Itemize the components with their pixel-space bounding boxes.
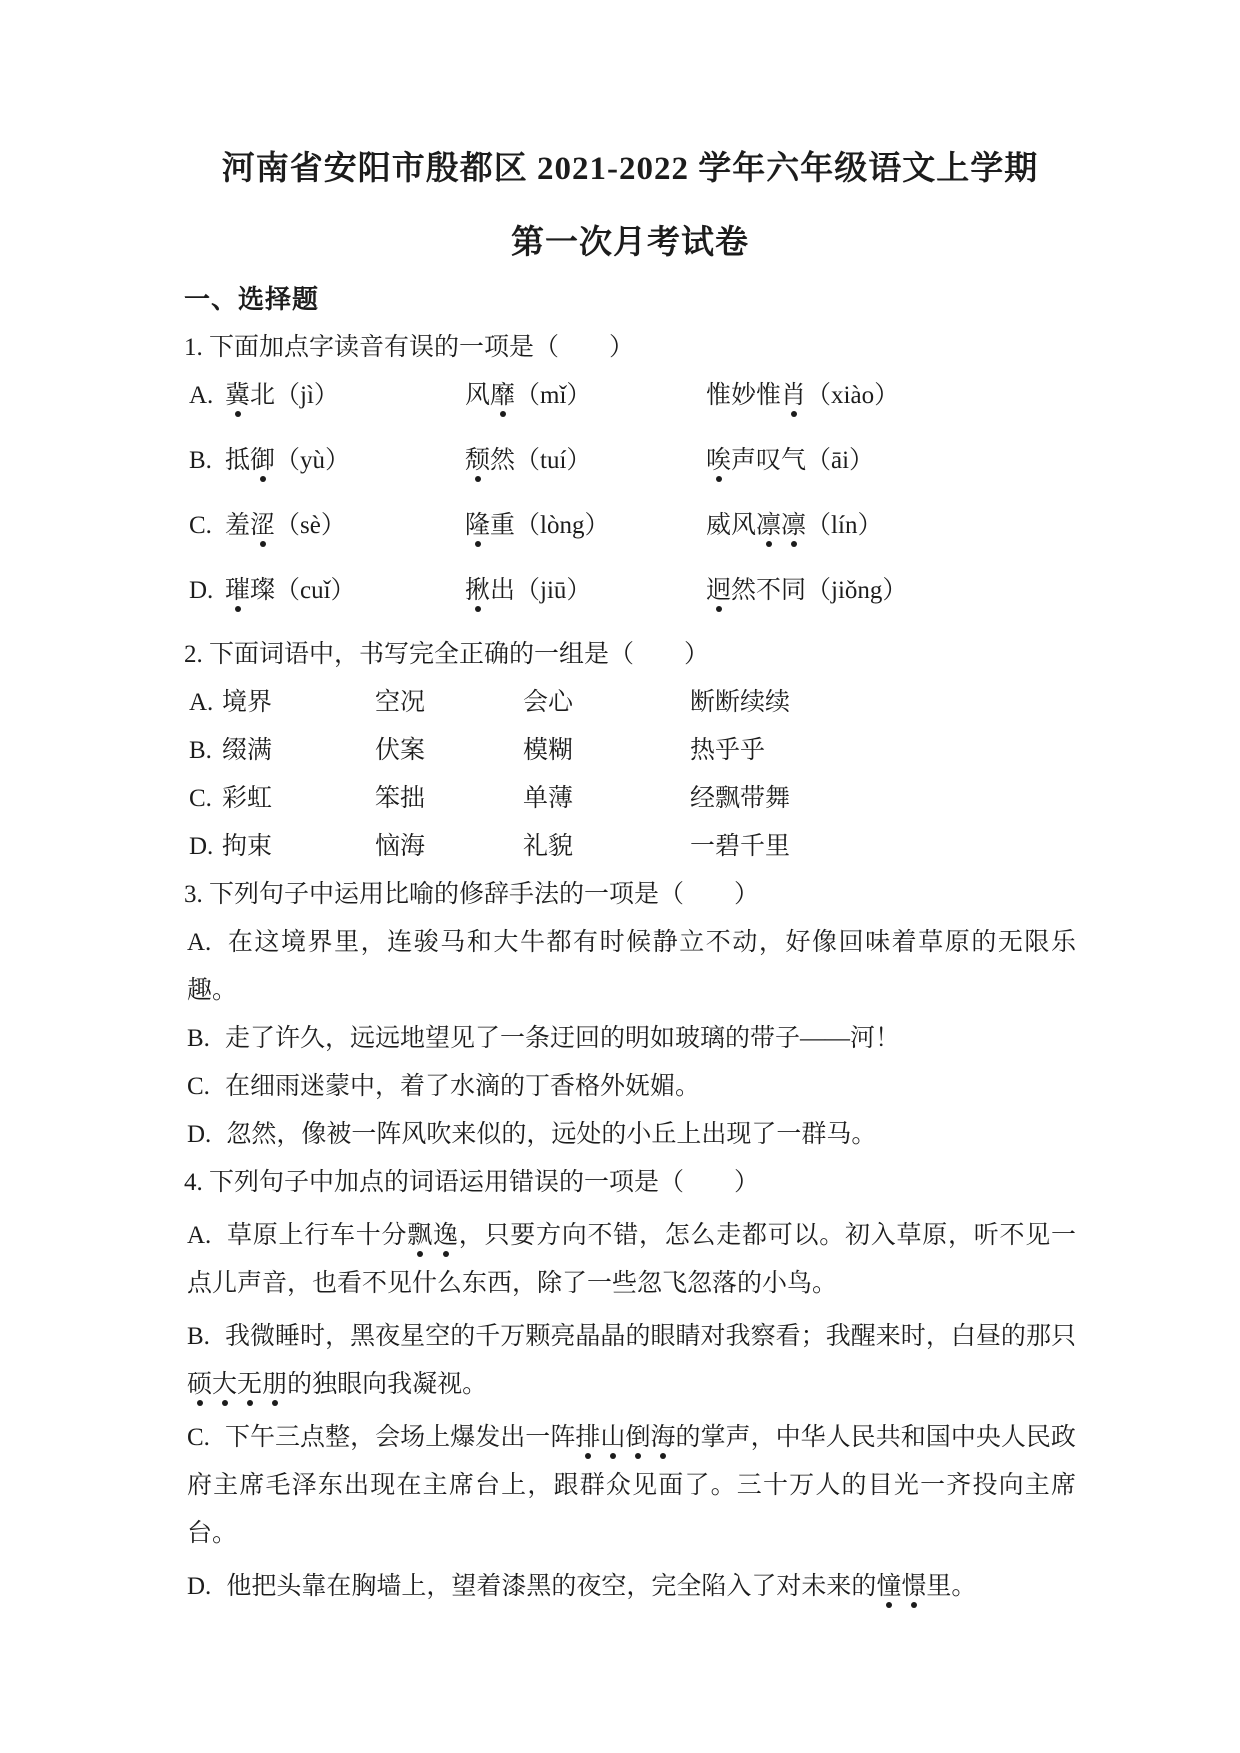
q2-option-a-label: A. bbox=[189, 679, 222, 727]
emphasis-dotted-char: 肖 bbox=[781, 382, 806, 409]
question-2-stem: 2. 下面词语中，书写完全正确的一组是（ ） bbox=[184, 631, 1076, 679]
q2-option-c-word-1: 彩虹 bbox=[222, 775, 375, 823]
q2-option-d-word-1: 拘束 bbox=[222, 823, 375, 871]
question-3-stem: 3. 下列句子中运用比喻的修辞手法的一项是（ ） bbox=[184, 871, 1076, 919]
q4-option-a-label: A. bbox=[187, 1222, 211, 1249]
q1-option-c-word-2: 隆重（lòng） bbox=[465, 502, 706, 550]
q2-option-b-word-1: 缀满 bbox=[222, 727, 375, 775]
paper-title-line-2: 第一次月考试卷 bbox=[184, 214, 1076, 272]
q1-option-d-word-2: 揪出（jiū） bbox=[465, 567, 706, 615]
emphasis-dotted-char: 凛 bbox=[781, 512, 806, 539]
q1-option-a-word-1: 冀北（jì） bbox=[225, 372, 465, 420]
emphasis-dotted-char: 海 bbox=[650, 1424, 675, 1451]
q1-option-d-label: D. bbox=[189, 567, 225, 615]
q4-option-b-text: 我微睡时，黑夜星空的千万颗亮晶晶的眼睛对我察看；我醒来时，白昼的那只硕大无朋的独… bbox=[187, 1323, 1076, 1398]
emphasis-dotted-char: 逸 bbox=[433, 1222, 459, 1249]
q3-option-d-label: D. bbox=[187, 1121, 211, 1148]
q3-option-b-label: B. bbox=[187, 1025, 210, 1052]
emphasis-dotted-char: 倒 bbox=[625, 1424, 650, 1451]
emphasis-dotted-char: 冀 bbox=[225, 382, 250, 409]
q2-option-c-word-2: 笨拙 bbox=[375, 775, 523, 823]
emphasis-dotted-char: 无 bbox=[237, 1371, 262, 1398]
q1-option-b-word-3: 唉声叹气（āi） bbox=[706, 437, 1076, 485]
q3-option-d-text: 忽然，像被一阵风吹来似的，远处的小丘上出现了一群马。 bbox=[226, 1121, 876, 1148]
q1-option-row-d: D. 璀璨（cuǐ） 揪出（jiū） 迥然不同（jiǒng） bbox=[184, 567, 1076, 615]
emphasis-dotted-char: 唉 bbox=[706, 447, 731, 474]
q1-option-c-word-1: 羞涩（sè） bbox=[225, 502, 465, 550]
q4-option-d-text: 他把头靠在胸墙上，望着漆黑的夜空，完全陷入了对未来的憧憬里。 bbox=[226, 1573, 976, 1600]
question-4-stem: 4. 下列句子中加点的词语运用错误的一项是（ ） bbox=[184, 1159, 1076, 1207]
q2-option-b-word-2: 伏案 bbox=[375, 727, 523, 775]
q3-option-c-text: 在细雨迷蒙中，着了水滴的丁香格外妩媚。 bbox=[225, 1073, 700, 1100]
question-2-options: A. 境界 空况 会心 断断续续 B. 缀满 伏案 模糊 热乎乎 C. 彩虹 笨… bbox=[184, 679, 1076, 871]
q4-option-c: C.下午三点整，会场上爆发出一阵排山倒海的掌声，中华人民共和国中央人民政府主席毛… bbox=[184, 1414, 1076, 1558]
q2-option-d-word-3: 礼貌 bbox=[523, 823, 690, 871]
q2-option-c-word-4: 经飘带舞 bbox=[690, 775, 1076, 823]
q4-option-c-text: 下午三点整，会场上爆发出一阵排山倒海的掌声，中华人民共和国中央人民政府主席毛泽东… bbox=[187, 1424, 1076, 1547]
q1-option-a-word-2: 风靡（mǐ） bbox=[465, 372, 706, 420]
q2-option-c-word-3: 单薄 bbox=[523, 775, 690, 823]
emphasis-dotted-char: 山 bbox=[600, 1424, 625, 1451]
emphasis-dotted-char: 凛 bbox=[756, 512, 781, 539]
q2-option-a-word-3: 会心 bbox=[523, 679, 690, 727]
q4-option-c-label: C. bbox=[187, 1424, 210, 1451]
q4-option-a-text: 草原上行车十分飘逸，只要方向不错，怎么走都可以。初入草原，听不见一点儿声音，也看… bbox=[187, 1222, 1076, 1297]
emphasis-dotted-char: 靡 bbox=[490, 382, 515, 409]
q1-option-b-label: B. bbox=[189, 437, 225, 485]
q1-option-row-c: C. 羞涩（sè） 隆重（lòng） 威风凛凛（lín） bbox=[184, 502, 1076, 550]
q2-option-b-word-4: 热乎乎 bbox=[690, 727, 1076, 775]
q1-option-c-label: C. bbox=[189, 502, 225, 550]
emphasis-dotted-char: 排 bbox=[575, 1424, 600, 1451]
exam-paper-content: 河南省安阳市殷都区 2021-2022 学年六年级语文上学期 第一次月考试卷 一… bbox=[184, 140, 1076, 1611]
q2-option-a-word-1: 境界 bbox=[222, 679, 375, 727]
emphasis-dotted-char: 飘 bbox=[407, 1222, 433, 1249]
q4-option-d: D.他把头靠在胸墙上，望着漆黑的夜空，完全陷入了对未来的憧憬里。 bbox=[184, 1563, 1076, 1611]
emphasis-dotted-char: 憬 bbox=[901, 1573, 926, 1600]
q3-option-d: D.忽然，像被一阵风吹来似的，远处的小丘上出现了一群马。 bbox=[184, 1111, 1076, 1159]
q2-option-c-label: C. bbox=[189, 775, 222, 823]
q1-option-a-word-3: 惟妙惟肖（xiào） bbox=[706, 372, 1076, 420]
q2-option-b-word-3: 模糊 bbox=[523, 727, 690, 775]
q3-option-b-text: 走了许久，远远地望见了一条迂回的明如玻璃的带子——河！ bbox=[225, 1025, 900, 1052]
exam-paper-page: 河南省安阳市殷都区 2021-2022 学年六年级语文上学期 第一次月考试卷 一… bbox=[0, 0, 1240, 1753]
emphasis-dotted-char: 大 bbox=[212, 1371, 237, 1398]
emphasis-dotted-char: 朋 bbox=[262, 1371, 287, 1398]
q4-option-b: B.我微睡时，黑夜星空的千万颗亮晶晶的眼睛对我察看；我醒来时，白昼的那只硕大无朋… bbox=[184, 1313, 1076, 1409]
q2-option-b-label: B. bbox=[189, 727, 222, 775]
q4-option-a: A.草原上行车十分飘逸，只要方向不错，怎么走都可以。初入草原，听不见一点儿声音，… bbox=[184, 1212, 1076, 1308]
q3-option-a: A.在这境界里，连骏马和大牛都有时候静立不动，好像回味着草原的无限乐趣。 bbox=[184, 919, 1076, 1015]
q1-option-c-word-3: 威风凛凛（lín） bbox=[706, 502, 1076, 550]
q1-option-row-a: A. 冀北（jì） 风靡（mǐ） 惟妙惟肖（xiào） bbox=[184, 372, 1076, 420]
q3-option-b: B.走了许久，远远地望见了一条迂回的明如玻璃的带子——河！ bbox=[184, 1015, 1076, 1063]
q2-option-d-label: D. bbox=[189, 823, 222, 871]
q2-option-d-word-4: 一碧千里 bbox=[690, 823, 1076, 871]
q1-option-b-word-1: 抵御（yù） bbox=[225, 437, 465, 485]
emphasis-dotted-char: 迥 bbox=[706, 577, 731, 604]
q2-option-a-word-2: 空况 bbox=[375, 679, 523, 727]
q4-option-d-label: D. bbox=[187, 1573, 211, 1600]
q2-option-row-d: D. 拘束 恼海 礼貌 一碧千里 bbox=[184, 823, 1076, 871]
emphasis-dotted-char: 隆 bbox=[465, 512, 490, 539]
q1-option-a-label: A. bbox=[189, 372, 225, 420]
emphasis-dotted-char: 颓 bbox=[465, 447, 490, 474]
q1-option-d-word-1: 璀璨（cuǐ） bbox=[225, 567, 465, 615]
emphasis-dotted-char: 揪 bbox=[465, 577, 490, 604]
q2-option-row-a: A. 境界 空况 会心 断断续续 bbox=[184, 679, 1076, 727]
q1-option-b-word-2: 颓然（tuí） bbox=[465, 437, 706, 485]
q4-option-b-label: B. bbox=[187, 1323, 210, 1350]
q3-option-c-label: C. bbox=[187, 1073, 210, 1100]
q2-option-a-word-4: 断断续续 bbox=[690, 679, 1076, 727]
q1-option-d-word-3: 迥然不同（jiǒng） bbox=[706, 567, 1076, 615]
emphasis-dotted-char: 涩 bbox=[250, 512, 275, 539]
question-3-options: A.在这境界里，连骏马和大牛都有时候静立不动，好像回味着草原的无限乐趣。 B.走… bbox=[184, 919, 1076, 1159]
question-1-stem: 1. 下面加点字读音有误的一项是（ ） bbox=[184, 324, 1076, 372]
q1-option-row-b: B. 抵御（yù） 颓然（tuí） 唉声叹气（āi） bbox=[184, 437, 1076, 485]
paper-title-line-1: 河南省安阳市殷都区 2021-2022 学年六年级语文上学期 bbox=[184, 140, 1076, 198]
question-1-options: A. 冀北（jì） 风靡（mǐ） 惟妙惟肖（xiào） B. 抵御（yù） 颓然… bbox=[184, 372, 1076, 615]
section-heading-choice-questions: 一、选择题 bbox=[184, 276, 1076, 324]
q3-option-a-label: A. bbox=[187, 929, 211, 956]
q2-option-row-c: C. 彩虹 笨拙 单薄 经飘带舞 bbox=[184, 775, 1076, 823]
emphasis-dotted-char: 硕 bbox=[187, 1371, 212, 1398]
emphasis-dotted-char: 憧 bbox=[876, 1573, 901, 1600]
q2-option-d-word-2: 恼海 bbox=[375, 823, 523, 871]
q2-option-row-b: B. 缀满 伏案 模糊 热乎乎 bbox=[184, 727, 1076, 775]
emphasis-dotted-char: 御 bbox=[250, 447, 275, 474]
emphasis-dotted-char: 璀 bbox=[225, 577, 250, 604]
question-4-options: A.草原上行车十分飘逸，只要方向不错，怎么走都可以。初入草原，听不见一点儿声音，… bbox=[184, 1212, 1076, 1611]
q3-option-a-text: 在这境界里，连骏马和大牛都有时候静立不动，好像回味着草原的无限乐趣。 bbox=[187, 929, 1076, 1004]
q3-option-c: C.在细雨迷蒙中，着了水滴的丁香格外妩媚。 bbox=[184, 1063, 1076, 1111]
